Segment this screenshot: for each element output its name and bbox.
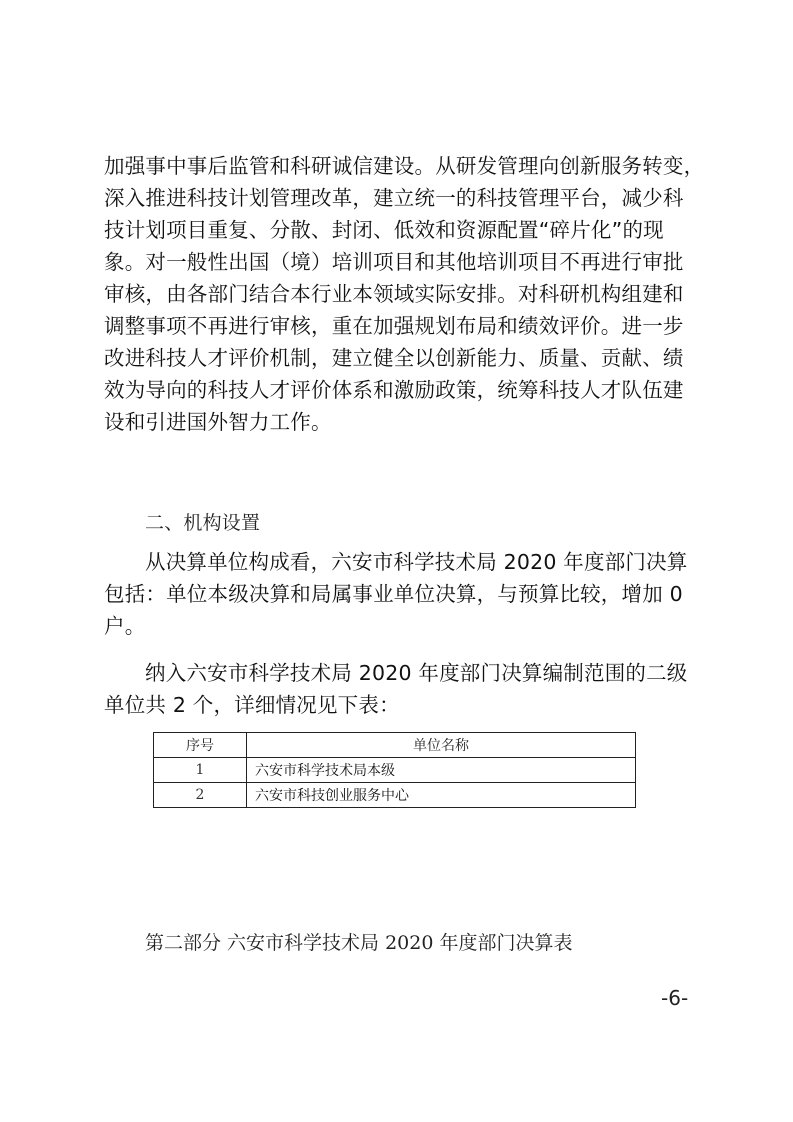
text-line: 审核，由各部门结合本行业本领域实际安排。对科研机构组建和 xyxy=(104,278,696,310)
cell-name: 六安市科技创业服务中心 xyxy=(247,783,636,808)
text-line: 调整事项不再进行审核，重在加强规划布局和绩效评价。进一步 xyxy=(104,310,696,342)
text-line: 包括：单位本级决算和局属事业单位决算，与预算比较，增加 0 xyxy=(104,578,696,610)
table-row: 1 六安市科学技术局本级 xyxy=(154,758,636,783)
cell-no: 2 xyxy=(154,783,247,808)
text-line: 从决算单位构成看，六安市科学技术局 2020 年度部门决算 xyxy=(104,546,696,578)
column-header-no: 序号 xyxy=(154,733,247,758)
text-line: 深入推进科技计划管理改革，建立统一的科技管理平台，减少科 xyxy=(104,182,696,214)
cell-name: 六安市科学技术局本级 xyxy=(247,758,636,783)
document-page: 加强事中事后监管和科研诚信建设。从研发管理向创新服务转变， 深入推进科技计划管理… xyxy=(0,0,793,1122)
table-row: 2 六安市科技创业服务中心 xyxy=(154,783,636,808)
paragraph-unit-scope: 纳入六安市科学技术局 2020 年度部门决算编制范围的二级 单位共 2 个，详细… xyxy=(104,657,696,721)
column-header-name: 单位名称 xyxy=(247,733,636,758)
text-line: 改进科技人才评价机制，建立健全以创新能力、质量、贡献、绩 xyxy=(104,342,696,374)
text-line: 加强事中事后监管和科研诚信建设。从研发管理向创新服务转变， xyxy=(104,150,696,182)
text-line: 效为导向的科技人才评价体系和激励政策，统筹科技人才队伍建 xyxy=(104,374,696,406)
paragraph-reform: 加强事中事后监管和科研诚信建设。从研发管理向创新服务转变， 深入推进科技计划管理… xyxy=(104,150,696,438)
text-line: 单位共 2 个，详细情况见下表： xyxy=(104,689,696,721)
paragraph-unit-composition: 从决算单位构成看，六安市科学技术局 2020 年度部门决算 包括：单位本级决算和… xyxy=(104,546,696,642)
cell-no: 1 xyxy=(154,758,247,783)
units-table: 序号 单位名称 1 六安市科学技术局本级 2 六安市科技创业服务中心 xyxy=(153,732,636,808)
text-line: 象。对一般性出国（境）培训项目和其他培训项目不再进行审批 xyxy=(104,246,696,278)
section-heading: 二、机构设置 xyxy=(104,507,696,539)
page-number: -6- xyxy=(661,986,688,1010)
part-title: 第二部分 六安市科学技术局 2020 年度部门决算表 xyxy=(145,928,572,955)
text-line: 技计划项目重复、分散、封闭、低效和资源配置“碎片化”的现 xyxy=(104,214,696,246)
table-header-row: 序号 单位名称 xyxy=(154,733,636,758)
text-line: 设和引进国外智力工作。 xyxy=(104,406,696,438)
text-line: 户。 xyxy=(104,610,696,642)
text-line: 纳入六安市科学技术局 2020 年度部门决算编制范围的二级 xyxy=(104,657,696,689)
